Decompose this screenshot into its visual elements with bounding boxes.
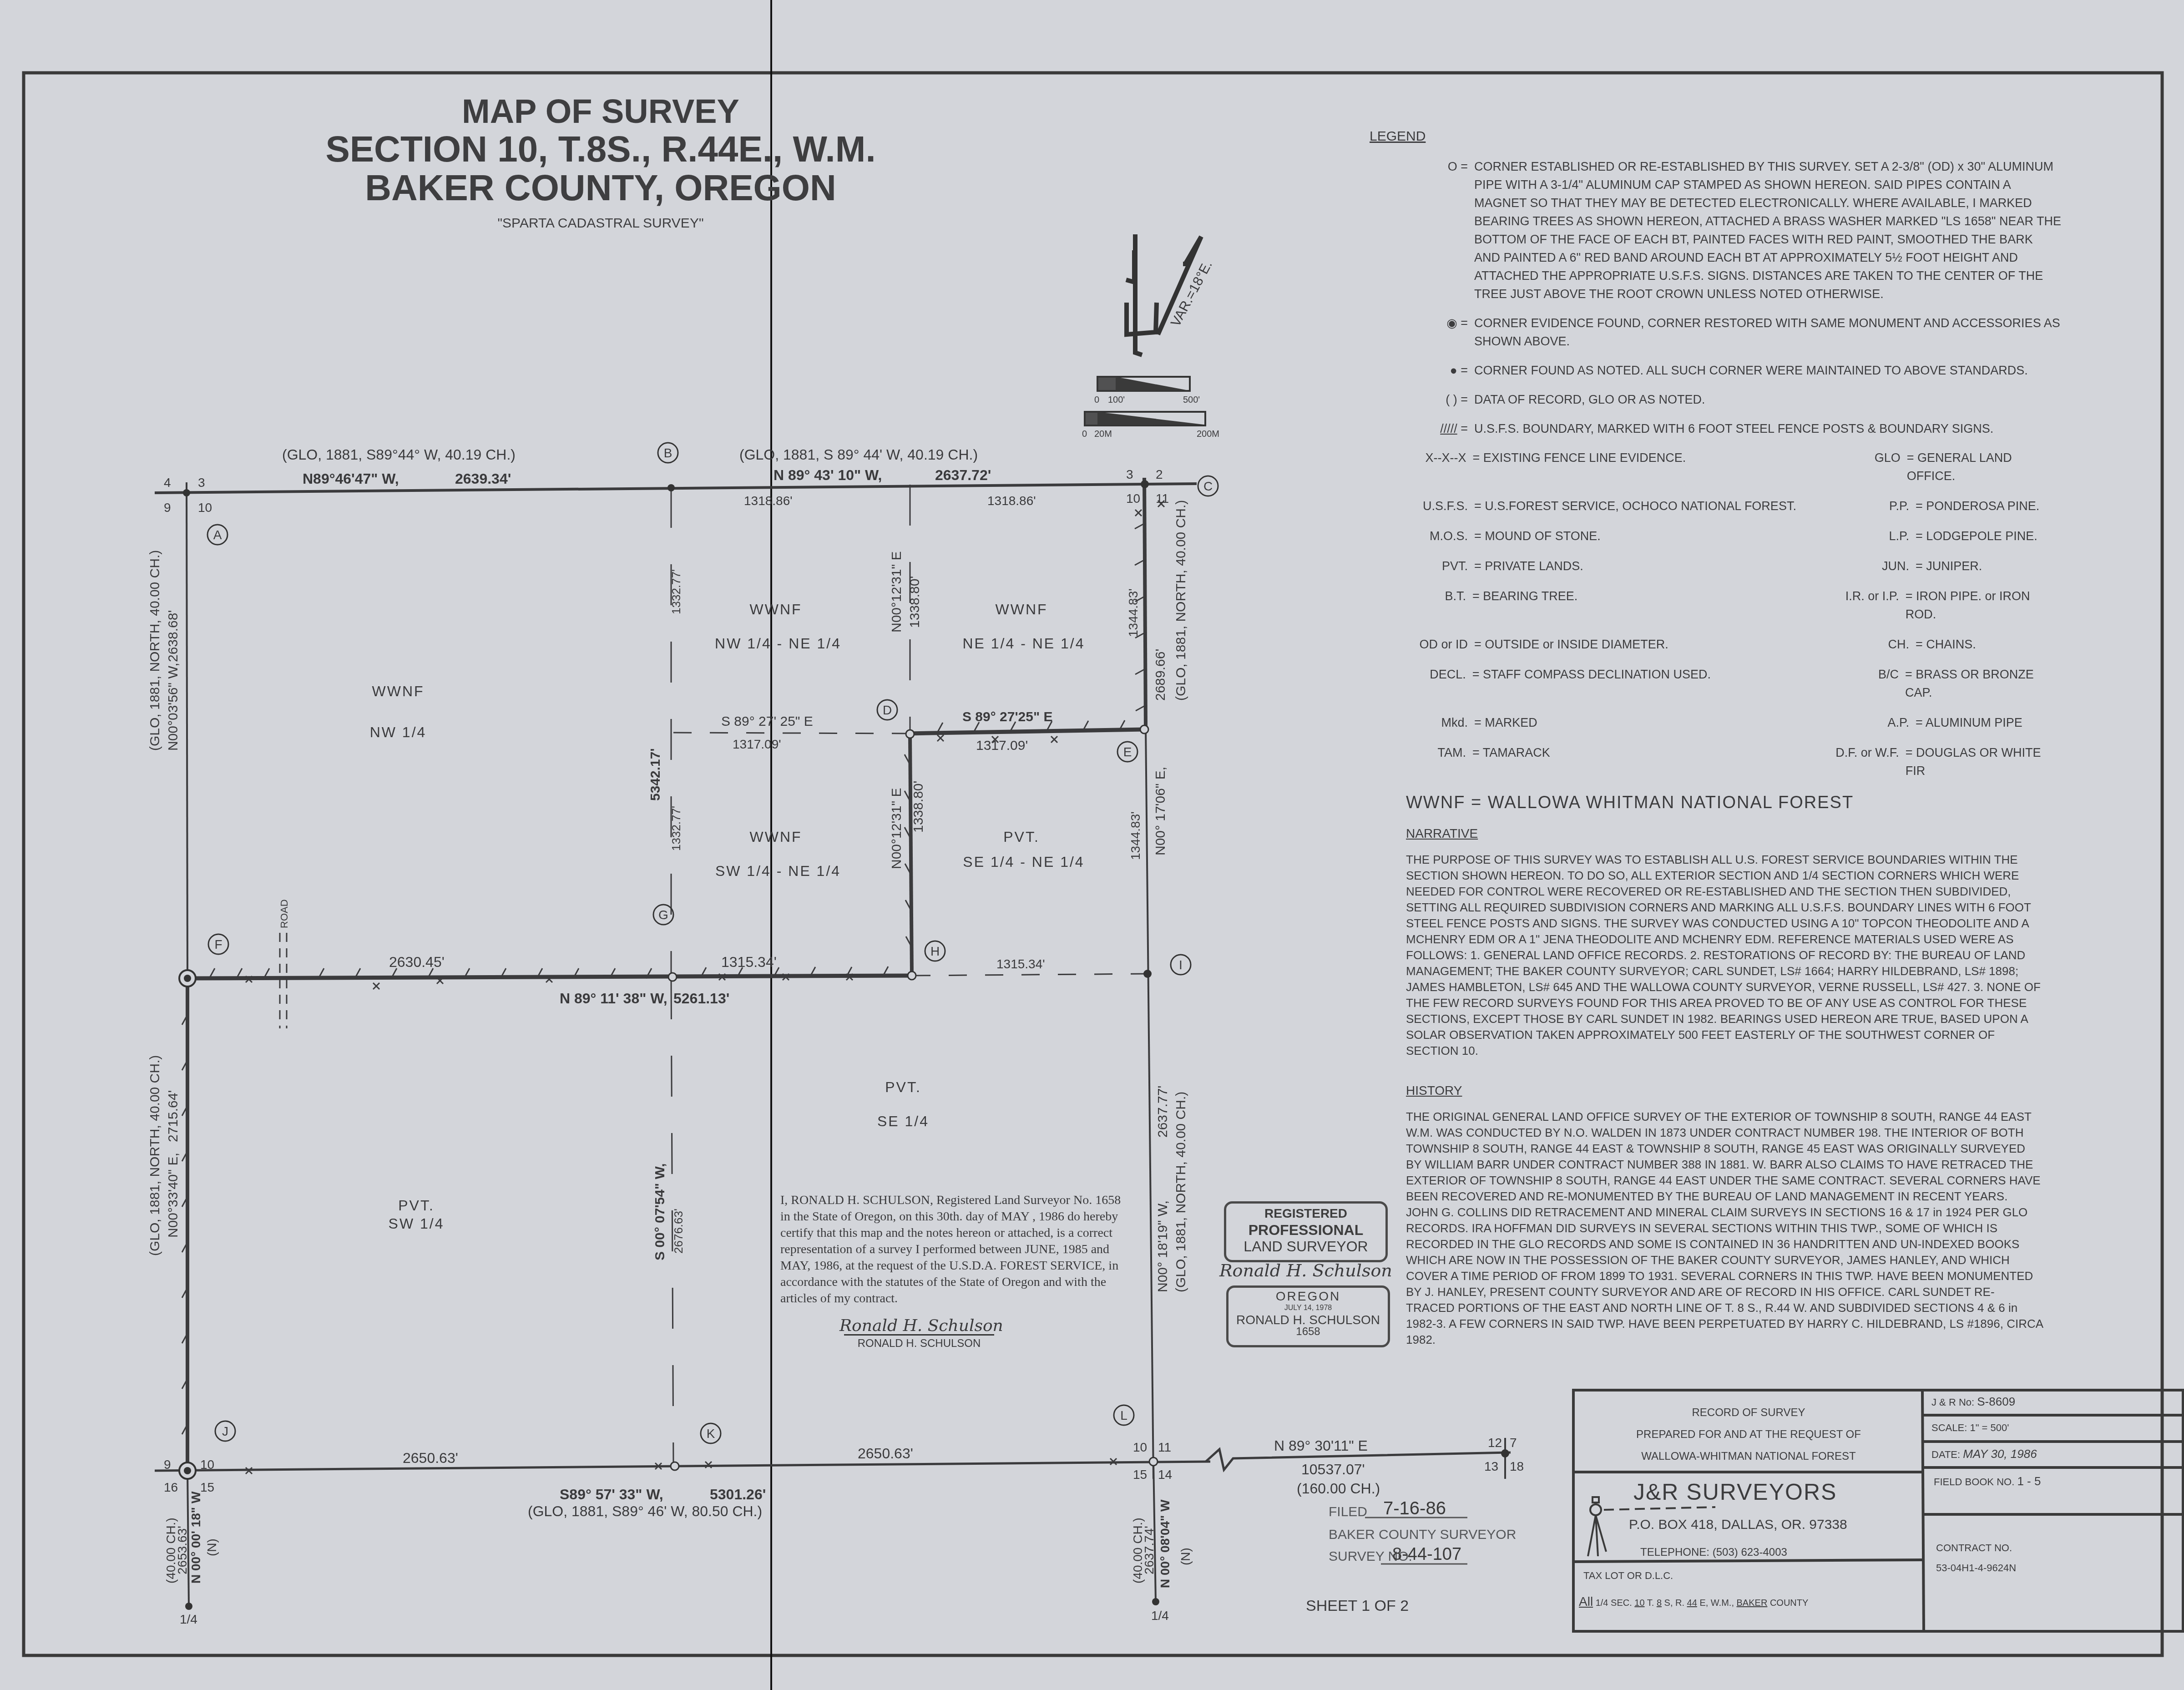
svg-text:14: 14 xyxy=(1158,1467,1172,1482)
svg-text:B: B xyxy=(664,446,672,460)
legend-item-boundary: ///// = U.S.F.S. BOUNDARY, MARKED WITH 6… xyxy=(1370,420,2061,438)
svg-text:11: 11 xyxy=(1158,1440,1171,1454)
svg-text:C: C xyxy=(1203,479,1213,493)
svg-text:N00°03'56" W,: N00°03'56" W, xyxy=(166,663,181,751)
corner-label-b: B xyxy=(658,443,678,463)
svg-text:N 89° 43' 10" W,: N 89° 43' 10" W, xyxy=(773,467,882,483)
quarter-line-labels: 2630.45' N 89° 11' 38" W, 5261.13' 1315.… xyxy=(389,954,1045,1007)
svg-text:WWNF: WWNF xyxy=(995,601,1047,617)
firm-block: J&R SURVEYORS P.O. BOX 418, DALLAS, OR. … xyxy=(1611,1479,1920,1559)
abbr-row: M.O.S.= MOUND OF STONE.L.P.= LODGEPOLE P… xyxy=(1370,527,2061,545)
svg-text:1338.80': 1338.80' xyxy=(907,576,922,628)
bullseye-icon: ◉ = xyxy=(1370,314,1474,350)
far-east-line-labels: N 89° 30'11" E 10537.07' (160.00 CH.) xyxy=(1274,1437,1380,1497)
oregon-seal-stamp: OREGON JULY 14, 1978 RONALD H. SCHULSON … xyxy=(1226,1285,1390,1347)
svg-text:11: 11 xyxy=(1156,491,1169,506)
svg-text:1315.34': 1315.34' xyxy=(721,954,777,970)
narrative-heading: NARRATIVE xyxy=(1406,825,2061,843)
svg-text:9: 9 xyxy=(164,1457,171,1472)
svg-text:N00° 18'19" W,: N00° 18'19" W, xyxy=(1155,1200,1170,1292)
svg-text:G: G xyxy=(658,908,668,922)
svg-text:SW 1/4: SW 1/4 xyxy=(389,1215,445,1232)
svg-text:1315.34': 1315.34' xyxy=(996,957,1045,971)
svg-text:NW 1/4 - NE 1/4: NW 1/4 - NE 1/4 xyxy=(715,635,841,652)
svg-text:S 89° 27' 25" E: S 89° 27' 25" E xyxy=(721,714,813,729)
svg-text:2630.45': 2630.45' xyxy=(389,954,445,970)
svg-text:(GLO, 1881, NORTH, 40.00 C: (GLO, 1881, NORTH, 40.00 CH.) xyxy=(1173,1092,1188,1292)
abbr-row: U.S.F.S.= U.S.FOREST SERVICE, OCHOCO NAT… xyxy=(1370,497,2061,515)
svg-text:0: 0 xyxy=(1094,395,1099,405)
svg-text:1317.09': 1317.09' xyxy=(976,738,1028,753)
svg-text:K: K xyxy=(707,1427,715,1441)
corner-label-j: J xyxy=(215,1421,235,1441)
sheet-number: SHEET 1 OF 2 xyxy=(1306,1597,1409,1614)
corner-label-i: I xyxy=(1171,955,1191,975)
svg-text:SE 1/4 - NE 1/4: SE 1/4 - NE 1/4 xyxy=(963,854,1084,870)
svg-text:200M: 200M xyxy=(1197,429,1219,439)
svg-text:2637.74': 2637.74' xyxy=(1142,1526,1156,1574)
firm-phone: TELEPHONE: (503) 623-4003 xyxy=(1640,1546,1920,1559)
stamp-signature: Ronald H. Schulson xyxy=(1219,1260,1392,1280)
svg-text:E: E xyxy=(1123,745,1132,759)
svg-text:10: 10 xyxy=(1133,1440,1147,1454)
svg-text:(N): (N) xyxy=(1178,1548,1193,1565)
svg-text:WWNF: WWNF xyxy=(372,683,424,699)
svg-text:N00° 17'06" E,: N00° 17'06" E, xyxy=(1153,767,1168,855)
certificate-signature: Ronald H. Schulson xyxy=(839,1318,1126,1334)
scale-bar-meters: 0 20M 200M xyxy=(1082,412,1219,439)
svg-text:PVT.: PVT. xyxy=(885,1079,921,1095)
abbr-row: DECL.= STAFF COMPASS DECLINATION USED.B/… xyxy=(1370,665,2061,702)
history-text: THE ORIGINAL GENERAL LAND OFFICE SURVEY … xyxy=(1406,1109,2043,1348)
svg-text:1344.83': 1344.83' xyxy=(1126,588,1140,637)
svg-text:N 00° 08'04" W: N 00° 08'04" W xyxy=(1158,1499,1172,1588)
svg-text:H: H xyxy=(930,944,940,958)
title-line2: SECTION 10, T.8S., R.44E., W.M. xyxy=(325,129,875,169)
svg-text:8-44-107: 8-44-107 xyxy=(1392,1545,1461,1564)
svg-text:PVT.: PVT. xyxy=(1003,829,1040,845)
abbr-row: B.T.= BEARING TREE.I.R. or I.P.= IRON PI… xyxy=(1370,587,2061,623)
svg-text:16: 16 xyxy=(164,1480,178,1494)
road-label: ROAD xyxy=(278,899,290,928)
legend-panel: LEGEND O = CORNER ESTABLISHED OR RE-ESTA… xyxy=(1370,127,2061,1348)
corner-label-e: E xyxy=(1117,742,1137,762)
svg-text:2715.64': 2715.64' xyxy=(166,1090,181,1142)
svg-text:3: 3 xyxy=(1126,467,1133,481)
abbreviation-list: X--X--X= EXISTING FENCE LINE EVIDENCE.GL… xyxy=(1370,449,2061,780)
svg-text:I: I xyxy=(1179,958,1183,972)
svg-text:1332.77': 1332.77' xyxy=(669,569,683,614)
svg-text:(GLO, 1881, NORTH, 40.00 C: (GLO, 1881, NORTH, 40.00 CH.) xyxy=(147,550,162,751)
field-book-field: FIELD BOOK NO. 1 - 5 xyxy=(1934,1474,2041,1488)
svg-text:1317.09': 1317.09' xyxy=(733,737,781,751)
svg-text:5261.13': 5261.13' xyxy=(673,990,729,1007)
svg-text:N 89° 30'11" E: N 89° 30'11" E xyxy=(1274,1437,1368,1454)
surveyor-certificate: I, RONALD H. SCHULSON, Registered Land S… xyxy=(780,1192,1126,1352)
svg-text:5342.17': 5342.17' xyxy=(648,748,663,801)
svg-text:S 00° 07'54" W,: S 00° 07'54" W, xyxy=(652,1164,667,1260)
svg-text:A: A xyxy=(213,528,222,542)
abbr-row: OD or ID= OUTSIDE or INSIDE DIAMETER.CH.… xyxy=(1370,635,2061,653)
corner-label-g: G xyxy=(653,905,673,925)
svg-text:1338.80': 1338.80' xyxy=(911,781,926,833)
abbr-row: X--X--X= EXISTING FENCE LINE EVIDENCE.GL… xyxy=(1370,449,2061,485)
svg-text:N 00° 00' 18" W: N 00° 00' 18" W xyxy=(189,1491,203,1584)
svg-text:PVT.: PVT. xyxy=(398,1197,435,1214)
svg-text:4: 4 xyxy=(164,476,171,490)
svg-text:F: F xyxy=(214,937,222,951)
survey-sheet: MAP OF SURVEY SECTION 10, T.8S., R.44E.,… xyxy=(0,0,2184,1690)
hatch-line-icon: ///// = xyxy=(1370,420,1474,438)
svg-text:N00°12'31" E: N00°12'31" E xyxy=(889,788,904,870)
svg-text:D: D xyxy=(883,703,892,717)
tax-lot-block: TAX LOT OR D.L.C. All 1/4 SEC. 10 T. 8 S… xyxy=(1579,1570,1920,1609)
svg-text:7-16-86: 7-16-86 xyxy=(1383,1498,1446,1518)
svg-text:J: J xyxy=(222,1424,228,1438)
scale-bar-feet: 0 100' 500' xyxy=(1094,377,1200,405)
svg-text:(GLO, 1881, S 89° 44' W, 4: (GLO, 1881, S 89° 44' W, 40.19 CH.) xyxy=(739,446,978,463)
corner-label-k: K xyxy=(701,1423,721,1443)
svg-text:2676.63': 2676.63' xyxy=(672,1209,685,1254)
svg-text:(160.00 CH.): (160.00 CH.) xyxy=(1297,1480,1380,1497)
svg-text:BAKER COUNTY SURVEYOR: BAKER COUNTY SURVEYOR xyxy=(1329,1527,1516,1542)
firm-name: J&R SURVEYORS xyxy=(1633,1479,1920,1505)
corner-label-h: H xyxy=(925,941,945,961)
svg-text:(N): (N) xyxy=(205,1538,219,1556)
svg-text:7: 7 xyxy=(1510,1436,1517,1450)
south-line-labels: 2650.63' 2650.63' S89° 57' 33" W, 5301.2… xyxy=(403,1445,913,1519)
svg-text:N00°33'40" E,: N00°33'40" E, xyxy=(166,1153,181,1238)
narrative-text: THE PURPOSE OF THIS SURVEY WAS TO ESTABL… xyxy=(1406,852,2043,1059)
title-line3: BAKER COUNTY, OREGON xyxy=(365,167,836,208)
svg-text:(GLO, 1881, NORTH, 40.00 C: (GLO, 1881, NORTH, 40.00 CH.) xyxy=(147,1055,162,1256)
record-of-survey-block: RECORD OF SURVEY PREPARED FOR AND AT THE… xyxy=(1573,1390,1924,1472)
svg-text:S89° 57' 33" W,: S89° 57' 33" W, xyxy=(560,1486,663,1503)
date-field: DATE: MAY 30, 1986 xyxy=(1931,1447,2037,1461)
svg-text:5301.26': 5301.26' xyxy=(710,1486,766,1503)
svg-text:1318.86': 1318.86' xyxy=(987,494,1036,508)
svg-text:2650.63': 2650.63' xyxy=(858,1445,913,1462)
corner-label-d: D xyxy=(877,700,897,720)
svg-text:SE 1/4: SE 1/4 xyxy=(877,1113,929,1129)
svg-text:N89°46'47" W,: N89°46'47" W, xyxy=(303,471,399,487)
svg-text:2638.68': 2638.68' xyxy=(166,610,181,662)
svg-text:NE 1/4 - NE 1/4: NE 1/4 - NE 1/4 xyxy=(962,635,1085,652)
wwnf-definition: WWNF = WALLOWA WHITMAN NATIONAL FOREST xyxy=(1406,794,2061,812)
svg-text:N 89° 11' 38" W,: N 89° 11' 38" W, xyxy=(560,990,667,1007)
legend-item-restored: ◉ = CORNER EVIDENCE FOUND, CORNER RESTOR… xyxy=(1370,314,2061,350)
certificate-text: I, RONALD H. SCHULSON, Registered Land S… xyxy=(780,1192,1126,1307)
svg-text:WWNF: WWNF xyxy=(749,829,802,845)
legend-item-established: O = CORNER ESTABLISHED OR RE-ESTABLISHED… xyxy=(1370,157,2061,303)
svg-text:(GLO, 1881, S89°44° W, 40.: (GLO, 1881, S89°44° W, 40.19 CH.) xyxy=(282,446,516,463)
east-line-labels: 1344.83' 2689.66' (GLO, 1881, NORTH, 40.… xyxy=(1126,500,1188,1292)
svg-text:3: 3 xyxy=(198,476,205,490)
legend-heading: LEGEND xyxy=(1370,127,2061,146)
svg-text:1318.86': 1318.86' xyxy=(744,494,793,508)
svg-text:2637.72': 2637.72' xyxy=(935,467,991,483)
contract-field: CONTRACT NO. 53-04H1-4-9624N xyxy=(1936,1538,2016,1578)
svg-text:2653.63': 2653.63' xyxy=(175,1526,189,1574)
parentheses-icon: ( ) = xyxy=(1370,390,1474,409)
svg-text:2639.34': 2639.34' xyxy=(455,471,511,487)
svg-text:10: 10 xyxy=(198,501,212,515)
legend-item-record: ( ) = DATA OF RECORD, GLO OR AS NOTED. xyxy=(1370,390,2061,409)
title-subtitle: "SPARTA CADASTRAL SURVEY" xyxy=(497,216,703,231)
svg-text:FILED: FILED xyxy=(1329,1504,1367,1519)
svg-text:NW 1/4: NW 1/4 xyxy=(370,724,427,740)
open-circle-icon: O = xyxy=(1370,157,1474,303)
corner-label-l: L xyxy=(1114,1405,1134,1425)
filled-dot-icon: ● = xyxy=(1370,361,1474,379)
svg-text:1/4: 1/4 xyxy=(1151,1609,1169,1623)
svg-text:1332.77': 1332.77' xyxy=(669,806,683,851)
history-heading: HISTORY xyxy=(1406,1082,2061,1100)
svg-text:12: 12 xyxy=(1488,1436,1502,1450)
corner-label-c: C xyxy=(1198,476,1218,496)
svg-text:1/4: 1/4 xyxy=(180,1612,197,1626)
corner-label-f: F xyxy=(208,934,228,954)
svg-text:0: 0 xyxy=(1082,429,1087,439)
title-line1: MAP OF SURVEY xyxy=(462,92,739,130)
svg-text:500': 500' xyxy=(1183,395,1200,405)
svg-text:1344.83': 1344.83' xyxy=(1128,811,1143,860)
ne-divider-labels: N00°12'31" E 1338.80' N00°12'31" E 1338.… xyxy=(889,552,926,870)
jr-number: J & R No: S-8609 xyxy=(1931,1395,2015,1409)
svg-text:100': 100' xyxy=(1108,395,1125,405)
svg-text:9: 9 xyxy=(164,501,171,515)
svg-text:10: 10 xyxy=(200,1457,214,1472)
firm-address: P.O. BOX 418, DALLAS, OR. 97338 xyxy=(1629,1517,1920,1533)
svg-text:WWNF: WWNF xyxy=(749,601,802,617)
certificate-printed-name: RONALD H. SCHULSON xyxy=(844,1334,994,1352)
corner-label-a: A xyxy=(207,525,227,545)
svg-text:20M: 20M xyxy=(1094,429,1112,439)
svg-text:2650.63': 2650.63' xyxy=(403,1450,458,1466)
svg-text:(GLO, 1881, S89° 46' W, 80: (GLO, 1881, S89° 46' W, 80.50 CH.) xyxy=(528,1503,762,1519)
svg-text:N00°12'31" E: N00°12'31" E xyxy=(889,552,904,633)
filing-stamp: FILED 7-16-86 BAKER COUNTY SURVEYOR SURV… xyxy=(1329,1498,1516,1564)
svg-text:(GLO, 1881, NORTH, 40.00 C: (GLO, 1881, NORTH, 40.00 CH.) xyxy=(1173,500,1188,701)
abbr-row: Mkd.= MARKEDA.P.= ALUMINUM PIPE xyxy=(1370,713,2061,732)
svg-text:L: L xyxy=(1120,1408,1127,1422)
svg-text:2689.66': 2689.66' xyxy=(1153,649,1168,701)
svg-text:15: 15 xyxy=(1133,1467,1147,1482)
svg-text:SW 1/4 - NE 1/4: SW 1/4 - NE 1/4 xyxy=(715,863,841,879)
abbr-row: PVT.= PRIVATE LANDS.JUN.= JUNIPER. xyxy=(1370,557,2061,575)
parcel-labels: WWNF NW 1/4 WWNF NW 1/4 - NE 1/4 WWNF NE… xyxy=(370,601,1085,1232)
svg-text:13: 13 xyxy=(1484,1459,1498,1473)
map-title: MAP OF SURVEY SECTION 10, T.8S., R.44E.,… xyxy=(325,92,875,231)
scale-field: SCALE: 1" = 500' xyxy=(1931,1422,2009,1434)
legend-item-found: ● = CORNER FOUND AS NOTED. ALL SUCH CORN… xyxy=(1370,361,2061,379)
svg-text:2637.77': 2637.77' xyxy=(1155,1086,1170,1138)
svg-text:2: 2 xyxy=(1156,467,1163,481)
west-line-labels: (GLO, 1881, NORTH, 40.00 CH.) N00°03'56"… xyxy=(147,550,181,1256)
registered-surveyor-stamp: REGISTERED PROFESSIONAL LAND SURVEYOR xyxy=(1224,1201,1388,1262)
svg-text:18: 18 xyxy=(1510,1459,1524,1473)
svg-text:10: 10 xyxy=(1126,491,1140,506)
svg-text:S 89° 27'25" E: S 89° 27'25" E xyxy=(962,709,1053,724)
abbr-row: TAM.= TAMARACKD.F. or W.F.= DOUGLAS OR W… xyxy=(1370,744,2061,780)
svg-text:10537.07': 10537.07' xyxy=(1301,1461,1365,1477)
